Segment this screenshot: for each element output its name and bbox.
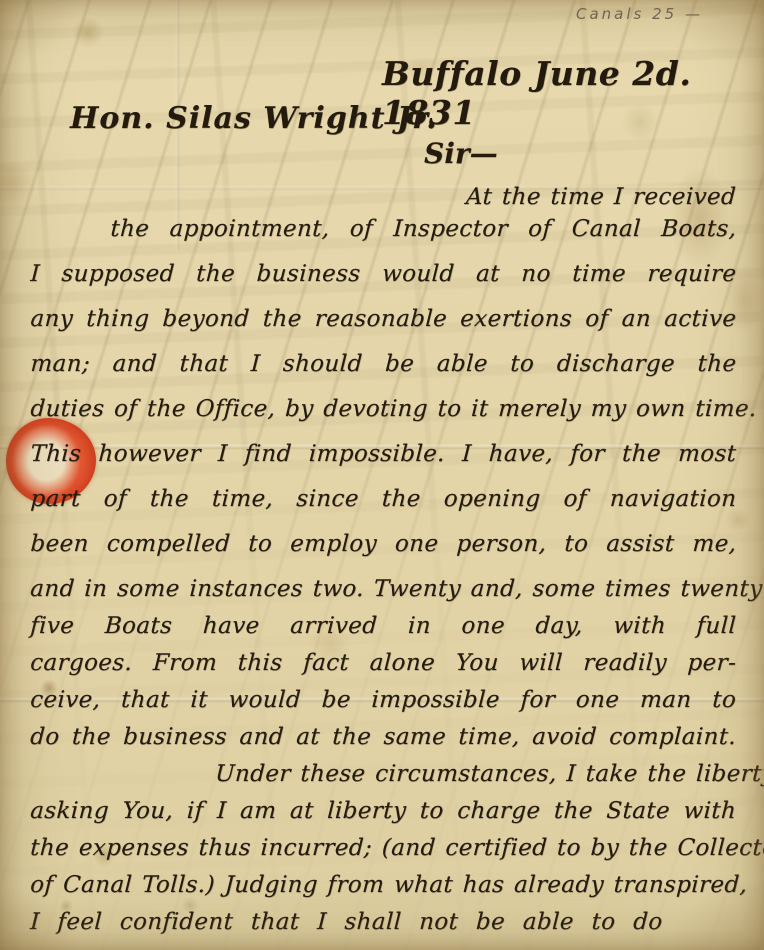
salutation: Sir— [424,137,498,170]
letter-line: I supposed the business would at no time… [29,260,737,305]
letter-line: man; and that I should be able to discha… [29,350,737,395]
letter-line: been compelled to employ one person, to … [29,530,737,575]
letter-line: This however I find impossible. I have, … [29,440,737,485]
letter-line: and in some instances two. Twenty and, s… [29,575,737,612]
letter-line: five Boats have arrived in one day, with… [29,612,737,649]
letter-line: At the time I received [29,183,737,215]
letter-line: the expenses thus incurred; (and certifi… [29,834,737,871]
dateline: Buffalo June 2d. 1831 [382,54,764,132]
letter-line: the appointment, of Inspector of Canal B… [29,215,737,260]
letter-line: Under these circumstances, I take the li… [29,760,737,797]
recipient-name: Hon. Silas Wright Jr. [70,101,438,136]
letter-line: I feel confident that I shall not be abl… [29,908,737,945]
letter-line: ceive, that it would be impossible for o… [29,686,737,723]
letter-line: part of the time, since the opening of n… [29,485,737,530]
archival-annotation: Canals 25 — [576,5,756,23]
letter-line: duties of the Office, by devoting to it … [29,395,737,440]
letter-line: cargoes. From this fact alone You will r… [29,649,737,686]
letter-page: Canals 25 — Buffalo June 2d. 1831 Hon. S… [0,0,764,950]
letter-line: do the business and at the same time, av… [29,723,737,760]
letter-line: asking You, if I am at liberty to charge… [29,797,737,834]
letter-body: At the time I receivedthe appointment, o… [30,183,736,945]
letter-line: any thing beyond the reasonable exertion… [29,305,737,350]
letter-line: of Canal Tolls.) Judging from what has a… [29,871,737,908]
